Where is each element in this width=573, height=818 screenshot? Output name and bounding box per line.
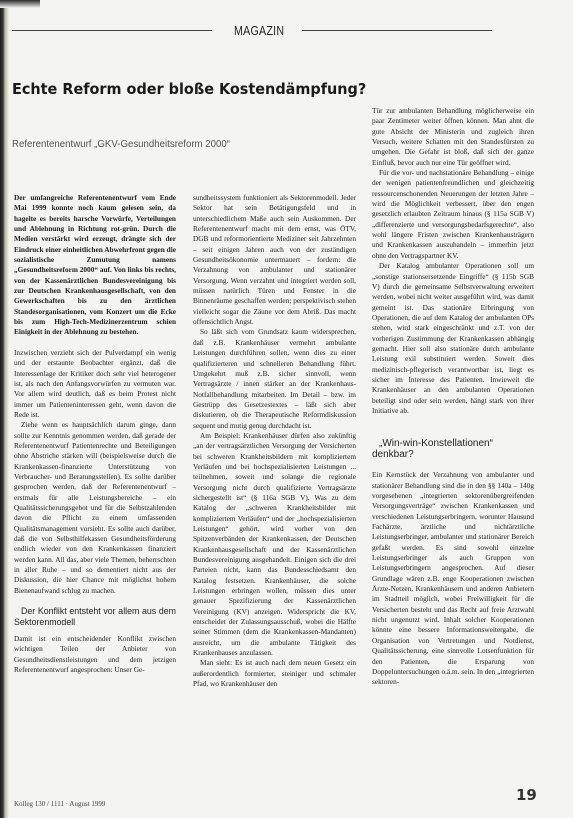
article-subtitle: Referentenentwurf „GKV-Gesundheitsreform… [12,138,230,150]
body-paragraph: Ein Kernstück der Verzahnung von ambulan… [372,470,534,687]
body-paragraph: Für die vor- und nachstationäre Behandlu… [372,168,534,261]
page-spine-shadow [0,0,9,818]
article-title: Echte Reform oder bloße Kostendämpfung? [12,80,366,98]
page-number: 19 [516,786,537,804]
page-corner-shadow [0,0,40,8]
section-subhead: „Win-win-Konstellationen“ denkbar? [372,438,534,460]
header-rule-left [12,30,212,31]
body-paragraph: So läßt sich vom Grundsatz kaum widerspr… [193,327,356,430]
issue-footer: Kolleg 130 / 1111 · August 1999 [14,800,105,808]
article-column-2: sundheitssystem funktioniert als Sektore… [193,193,356,690]
header-rule-right [302,30,492,31]
body-paragraph: Am Beispiel: Krankenhäuser dürfen also z… [193,431,356,659]
section-kicker: MAGAZIN [234,23,284,38]
body-paragraph: Tür zur ambulanten Behandlung möglicherw… [372,106,534,168]
article-column-1: Der umfangreiche Referentenentwurf vom E… [14,193,176,675]
body-paragraph: Inzwischen verzieht sich der Pulverdampf… [14,348,176,420]
body-paragraph: Damit ist ein entscheidender Konflikt zw… [14,634,176,675]
body-paragraph: Ziehe wenn es hauptsächlich darum ginge,… [14,420,176,596]
body-paragraph: Der Katalog ambulanter Operationen soll … [372,261,534,416]
body-paragraph: Man sieht: Es ist auch nach dem neuen Ge… [193,658,356,689]
article-column-3: Tür zur ambulanten Behandlung möglicherw… [372,106,534,688]
section-subhead: Der Konflikt entsteht vor allem aus dem … [14,606,176,628]
body-paragraph: sundheitssystem funktioniert als Sektore… [193,193,356,327]
article-lead: Der umfangreiche Referentenentwurf vom E… [14,193,176,338]
section-header: MAGAZIN [12,24,492,38]
